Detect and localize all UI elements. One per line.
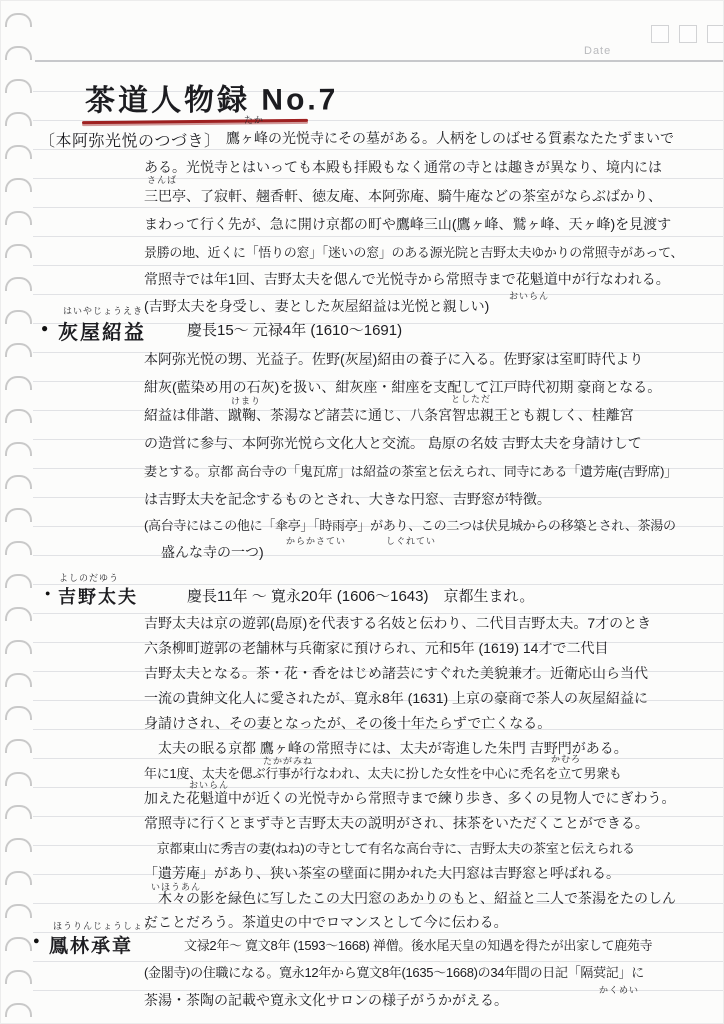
title-underline [82, 119, 308, 124]
binding-hole-icon [5, 244, 32, 258]
section1-header: 〔本阿弥光悦のつづき〕 [39, 128, 221, 151]
binding-hole-icon [5, 640, 32, 654]
binding-hole-icon [5, 409, 32, 423]
checkbox-icon [651, 25, 669, 43]
handwritten-line: 吉野太夫となる。茶・花・香をはじめ諸芸にすぐれた美貌兼才。近衛応山ら当代 [144, 663, 648, 683]
handwritten-line: 茶湯・茶陶の記載や寛永文化サロンの様子がうかがえる。 [144, 990, 508, 1010]
handwritten-line: 本阿弥光悦の甥、光益子。佐野(灰屋)紹由の養子に入る。佐野家は室町時代より [144, 349, 643, 369]
section3-dates: 慶長11年 ～ 寛永20年 (1606～1643) 京都生まれ。 [187, 585, 534, 606]
handwritten-line: ある。光悦寺とはいっても本殿も拝殿もなく通常の寺とは趣きが異なり、境内には [144, 157, 662, 177]
handwritten-line: 紹益は俳諧、蹴鞠、茶湯など諸芸に通じ、八条宮智忠親王とも親しく、桂離宮 [144, 405, 634, 425]
handwritten-line: だことだろう。茶道史の中でロマンスとして今に伝わる。 [144, 912, 508, 932]
binding-hole-icon [5, 277, 32, 291]
handwritten-line: (高台寺にはこの他に「傘亭」「時雨亭」があり、この二つは伏見城からの移築とされ、… [144, 515, 676, 534]
checkbox-icon [679, 25, 697, 43]
binding-hole-icon [5, 1003, 32, 1017]
handwritten-line: 盛んな寺の一つ) [161, 542, 264, 562]
binding-hole-icon [5, 970, 32, 984]
handwritten-line: 太夫の眠る京都 鷹ヶ峰の常照寺には、太夫が寄進した朱門 吉野門がある。 [144, 738, 628, 758]
binding-hole-icon [5, 442, 32, 456]
notebook-page: Date 茶道人物録 No.7 〔本阿弥光悦のつづき〕 たか さんば おいらん … [0, 0, 724, 1024]
handwritten-line: (金閣寺)の住職になる。寛永12年から寛文8年(1635～1668)の34年間の… [144, 962, 644, 981]
binding-hole-icon [5, 574, 32, 588]
binding-hole-icon [5, 937, 32, 951]
handwritten-line: の造営に参与、本阿弥光悦ら文化人と交流。 島原の名妓 吉野太夫を身請けして [144, 433, 642, 453]
section2-dates: 慶長15～ 元禄4年 (1610～1691) [187, 319, 402, 340]
handwritten-line: は吉野太夫を記念するものとされ、大きな円窓、吉野窓が特徴。 [144, 489, 551, 509]
handwritten-line: 六条柳町遊郭の老舗林与兵衛家に預けられ、元和5年 (1619) 14才で二代目 [144, 638, 608, 658]
binding-hole-icon [5, 310, 32, 324]
bullet-icon: ● [45, 588, 50, 598]
furigana: かくめい [599, 983, 639, 996]
binding-hole-icon [5, 871, 32, 885]
binding-hole-icon [5, 376, 32, 390]
checkbox-row [651, 25, 724, 43]
handwritten-line: 吉野太夫は京の遊郭(島原)を代表する名妓と伝わり、二代目吉野太夫。7才のとき [144, 613, 651, 633]
binding-hole-icon [5, 46, 32, 60]
handwritten-line: まわって行く先が、急に開け京都の町や鷹峰三山(鷹ヶ峰、鷲ヶ峰、天ヶ峰)を見渡す [144, 214, 671, 234]
handwritten-line: 紺灰(藍染め用の石灰)を扱い、紺灰座・紺座を支配して江戸時代初期 豪商となる。 [144, 377, 661, 397]
binding-hole-icon [5, 79, 32, 93]
handwritten-line: (吉野太夫を身受し、妻とした灰屋紹益は光悦と親しい) [144, 296, 489, 316]
handwritten-line: 京都東山に秀吉の妻(ねね)の寺として有名な高台寺に、吉野太夫の茶室と伝えられる [144, 838, 635, 857]
binding-hole-icon [5, 904, 32, 918]
bullet-icon: ● [41, 321, 48, 335]
binding-hole-icon [5, 178, 32, 192]
handwritten-line: 三巴亭、了寂軒、翹香軒、徳友庵、本阿弥庵、騎牛庵などの茶室がならぶばかり、 [144, 186, 662, 206]
handwritten-line: 常照寺に行くとまず寺と吉野太夫の説明がされ、抹茶をいただくことができる。 [144, 813, 649, 833]
furigana: たか [244, 113, 264, 126]
handwritten-line: 文禄2年～ 寛文8年 (1593～1668) 禅僧。後水尾天皇の知遇を得たが出家… [184, 935, 652, 954]
binding-holes [1, 1, 35, 1024]
handwritten-line: 妻とする。京都 高台寺の「鬼瓦席」は紹益の茶室と伝えられ、同寺にある「遺芳庵(吉… [144, 461, 677, 480]
binding-hole-icon [5, 112, 32, 126]
binding-hole-icon [5, 541, 32, 555]
furigana: しぐれてい [386, 534, 436, 547]
section4-name: 鳳林承章 [49, 931, 133, 958]
handwritten-line: 身請けされ、その妻となったが、その後十年たらずで亡くなる。 [144, 713, 551, 733]
binding-hole-icon [5, 673, 32, 687]
page-title: 茶道人物録 No.7 [85, 74, 339, 119]
binding-hole-icon [5, 607, 32, 621]
handwritten-line: 常照寺では年1回、吉野太夫を偲んで光悦寺から常照寺まで花魁道中が行なわれる。 [144, 269, 670, 289]
binding-hole-icon [5, 706, 32, 720]
furigana: からかさてい [286, 534, 346, 547]
binding-hole-icon [5, 508, 32, 522]
binding-hole-icon [5, 772, 32, 786]
header-rule [35, 60, 723, 62]
furigana: おいらん [509, 289, 549, 302]
section3-name: 吉野太夫 [58, 583, 138, 609]
handwritten-line: 木々の影を緑色に写したこの大円窓のあかりのもと、紹益と二人で茶湯をたのしん [144, 888, 676, 908]
binding-hole-icon [5, 805, 32, 819]
binding-hole-icon [5, 13, 32, 27]
section2-name: 灰屋紹益 [58, 316, 146, 345]
binding-hole-icon [5, 211, 32, 225]
bullet-icon: ● [33, 935, 40, 947]
binding-hole-icon [5, 739, 32, 753]
date-label: Date [584, 45, 611, 57]
handwritten-line: 一流の貴紳文化人に愛されたが、寛永8年 (1631) 上京の豪商で茶人の灰屋紹益… [144, 688, 648, 708]
handwritten-line: 鷹ヶ峰の光悦寺にその墓がある。人柄をしのばせる質素なたたずまいで [226, 128, 674, 148]
binding-hole-icon [5, 343, 32, 357]
binding-hole-icon [5, 145, 32, 159]
binding-hole-icon [5, 838, 32, 852]
binding-hole-icon [5, 475, 32, 489]
handwritten-line: 年に1度、太夫を偲ぶ行事が行なわれ、太夫に扮した女性を中心に禿名を立て男衆も [144, 763, 622, 782]
handwritten-line: 「遺芳庵」があり、狭い茶室の壁面に開かれた大円窓は吉野窓と呼ばれる。 [144, 863, 620, 883]
handwritten-line: 加えた花魁道中が近くの光悦寺から常照寺まで練り歩き、多くの見物人でにぎわう。 [144, 788, 675, 808]
handwritten-line: 景勝の地、近くに「悟りの窓」「迷いの窓」のある源光院と吉野太夫ゆかりの常照寺があ… [144, 242, 683, 261]
checkbox-icon [707, 25, 724, 43]
